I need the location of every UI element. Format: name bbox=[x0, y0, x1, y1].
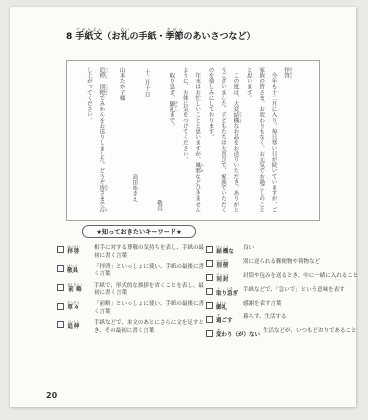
letter-greeting: 拝啓はいけい bbox=[280, 67, 293, 214]
keyword-item: 別便べつびん 別に送られる郵便物や荷物など bbox=[206, 259, 360, 271]
checkbox-icon bbox=[57, 246, 64, 253]
keyword-list-left: 拝啓はいけい 相手に対する尊敬の気持ちを表し、手紙の最初に書く言葉 敬具けいぐ … bbox=[57, 245, 204, 339]
checkbox-icon bbox=[57, 284, 64, 291]
keyword-definition: 封筒や包みを送るとき、中に一緒に入れること bbox=[243, 273, 360, 281]
keyword-term: 変かわり（が）ない bbox=[216, 328, 260, 340]
letter-date: 十二月十日 bbox=[140, 67, 152, 214]
page-title: 8 手紙文てがみぶん（お礼れいの手紙・季節きせつのあいさつなど） bbox=[66, 25, 256, 43]
letter-body: 取り急ぎ、御礼おれいまで。 bbox=[165, 67, 178, 214]
keyword-item: 変かわり（が）ない 生活などが、いつもどおりであること bbox=[206, 328, 360, 340]
keyword-term: 結構けっこうな bbox=[216, 245, 240, 257]
keyword-definition: 「前略」といっしょに使い、手紙の最後に書く言葉 bbox=[94, 301, 204, 316]
keyword-section-header-label: ★知っておきたいキーワード★ bbox=[96, 227, 181, 236]
keyword-item: 敬具けいぐ 「拝啓」といっしょに使い、手紙の最後に書く言葉 bbox=[57, 264, 204, 279]
checkbox-icon bbox=[57, 265, 64, 272]
letter-body: 今年も十二月に入り、毎日寒い日が続いていますが、ご家族の皆さま、お変わりもなく、… bbox=[242, 67, 279, 214]
keyword-term: 過すごす bbox=[216, 314, 240, 326]
keyword-term: 拝啓はいけい bbox=[67, 245, 91, 257]
checkbox-icon bbox=[57, 321, 64, 328]
keyword-item: 結構けっこうな 良い bbox=[206, 245, 360, 257]
keyword-definition: 相手に対する尊敬の気持ちを表し、手紙の最初に書く言葉 bbox=[94, 245, 204, 260]
keyword-term: 草々そうそう bbox=[67, 301, 91, 313]
keyword-definition: 手紙で、形式的な挨拶を省くことを表し、最初に書く言葉 bbox=[94, 283, 204, 298]
keyword-term: 取とり急いそぎ bbox=[216, 287, 240, 299]
keyword-definition: 手紙などで、本文のあとにさらに文を足すとき、その最初に書く言葉 bbox=[94, 320, 204, 335]
letter-body: この度は、大変結構けっこうなお品をお送りいただき、ありがとうございました。子ども… bbox=[204, 67, 242, 214]
keyword-definition: 手紙などで、「急いで」という意味を表す bbox=[243, 287, 360, 295]
checkbox-icon bbox=[206, 260, 213, 267]
checkbox-icon bbox=[206, 330, 213, 337]
checkbox-icon bbox=[206, 302, 213, 309]
keyword-item: 拝啓はいけい 相手に対する尊敬の気持ちを表し、手紙の最初に書く言葉 bbox=[57, 245, 204, 260]
keyword-term: 同封どうふう bbox=[216, 273, 240, 285]
checkbox-icon bbox=[206, 288, 213, 295]
keyword-definition: 良い bbox=[243, 245, 360, 253]
keyword-item: 草々そうそう 「前略」といっしょに使い、手紙の最後に書く言葉 bbox=[57, 301, 204, 316]
keyword-definition: 「拝啓」といっしょに使い、手紙の最後に書く言葉 bbox=[94, 264, 204, 279]
sample-letter: 拝啓はいけい 今年も十二月に入り、毎日寒い日が続いていますが、ご家族の皆さま、お… bbox=[66, 60, 320, 221]
keyword-definition: 生活などが、いつもどおりであること bbox=[263, 328, 360, 336]
paper-sheet: 8 手紙文てがみぶん（お礼れいの手紙・季節きせつのあいさつなど） 拝啓はいけい … bbox=[10, 7, 356, 407]
keyword-item: 過すごす 暮らす、生活する bbox=[206, 314, 360, 326]
letter-recipient: 山本たか子様 bbox=[115, 67, 127, 214]
keyword-term: 前略ぜんりゃく bbox=[67, 283, 91, 295]
keyword-definition: 別に送られる郵便物や荷物など bbox=[243, 259, 360, 267]
checkbox-icon bbox=[57, 303, 64, 310]
keyword-term: 別便べつびん bbox=[216, 259, 240, 271]
letter-closing: 敬具 bbox=[153, 67, 165, 214]
letter-body: 年末はお忙しいことと思いますが、風邪かぜなどひきませんように、お体に気をつけてく… bbox=[178, 67, 204, 214]
keyword-item: 取とり急いそぎ 手紙などで、「急いで」という意味を表す bbox=[206, 287, 360, 299]
page-number: 20 bbox=[46, 391, 57, 400]
keyword-item: 御礼おれい 感謝を表す言葉 bbox=[206, 301, 360, 313]
scanned-textbook-page: 8 手紙文てがみぶん（お礼れいの手紙・季節きせつのあいさつなど） 拝啓はいけい … bbox=[0, 0, 368, 420]
keyword-term: 御礼おれい bbox=[216, 301, 240, 313]
checkbox-icon bbox=[206, 274, 213, 281]
keyword-section-header: ★知っておきたいキーワード★ bbox=[82, 225, 196, 238]
keyword-list-right: 結構けっこうな 良い 別便べつびん 別に送られる郵便物や荷物など 同封どうふう … bbox=[206, 245, 360, 342]
checkbox-icon bbox=[206, 246, 213, 253]
keyword-term: 敬具けいぐ bbox=[67, 264, 91, 276]
keyword-item: 追伸ついしん 手紙などで、本文のあとにさらに文を足すとき、その最初に書く言葉 bbox=[57, 320, 204, 335]
page-title-text: 8 手紙文てがみぶん（お礼れいの手紙・季節きせつのあいさつなど） bbox=[66, 32, 256, 42]
keyword-definition: 感謝を表す言葉 bbox=[243, 301, 360, 309]
letter-sender: 高田ゆきえ bbox=[128, 67, 140, 214]
letter-postscript: 追伸ついしん 別便べつびんでみかんをお送りしました。どうぞ皆みなさまで召めし上が… bbox=[83, 67, 109, 214]
keyword-definition: 暮らす、生活する bbox=[243, 314, 360, 322]
checkbox-icon bbox=[206, 316, 213, 323]
keyword-item: 前略ぜんりゃく 手紙で、形式的な挨拶を省くことを表し、最初に書く言葉 bbox=[57, 283, 204, 298]
keyword-item: 同封どうふう 封筒や包みを送るとき、中に一緒に入れること bbox=[206, 273, 360, 285]
keyword-term: 追伸ついしん bbox=[67, 320, 91, 332]
